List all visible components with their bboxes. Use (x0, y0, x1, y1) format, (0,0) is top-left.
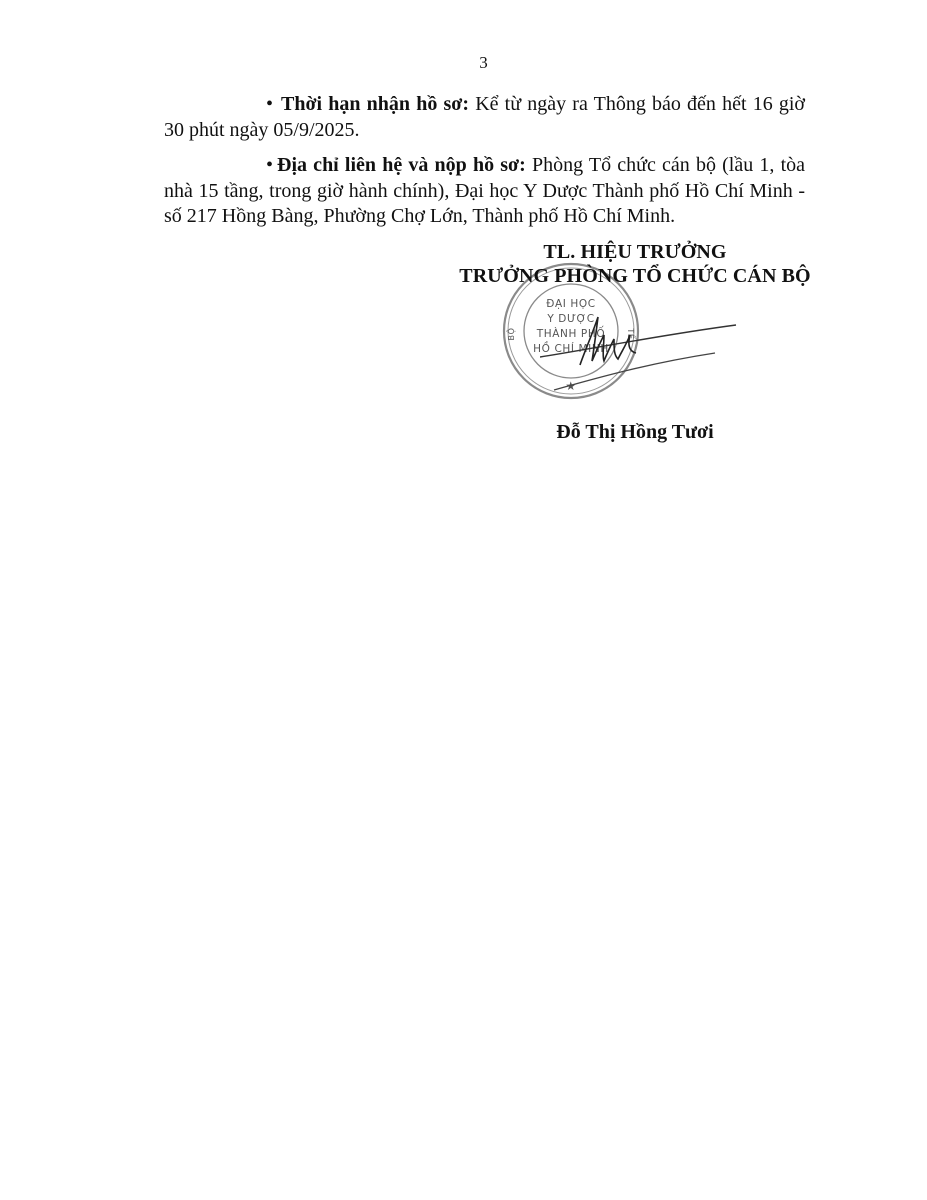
signer-name: Đỗ Thị Hồng Tươi (440, 421, 830, 444)
bullet-icon: • (215, 153, 273, 179)
handwritten-signature-icon (540, 305, 740, 395)
signature-title-line2: TRƯỞNG PHÒNG TỔ CHỨC CÁN BỘ (440, 264, 830, 288)
document-body: •Thời hạn nhận hồ sơ: Kể từ ngày ra Thôn… (164, 92, 805, 240)
stamp-left-text: BỘ (505, 328, 516, 341)
address-label: Địa chỉ liên hệ và nộp hồ sơ: (277, 154, 526, 176)
bullet-icon: • (215, 92, 273, 118)
signature-title-line1: TL. HIỆU TRƯỞNG (440, 240, 830, 264)
paragraph-deadline: •Thời hạn nhận hồ sơ: Kể từ ngày ra Thôn… (164, 92, 805, 143)
deadline-label: Thời hạn nhận hồ sơ: (281, 93, 469, 115)
paragraph-address: •Địa chỉ liên hệ và nộp hồ sơ: Phòng Tổ … (164, 153, 805, 230)
page-number: 3 (0, 53, 927, 73)
signature-block: TL. HIỆU TRƯỞNG TRƯỞNG PHÒNG TỔ CHỨC CÁN… (440, 240, 830, 288)
